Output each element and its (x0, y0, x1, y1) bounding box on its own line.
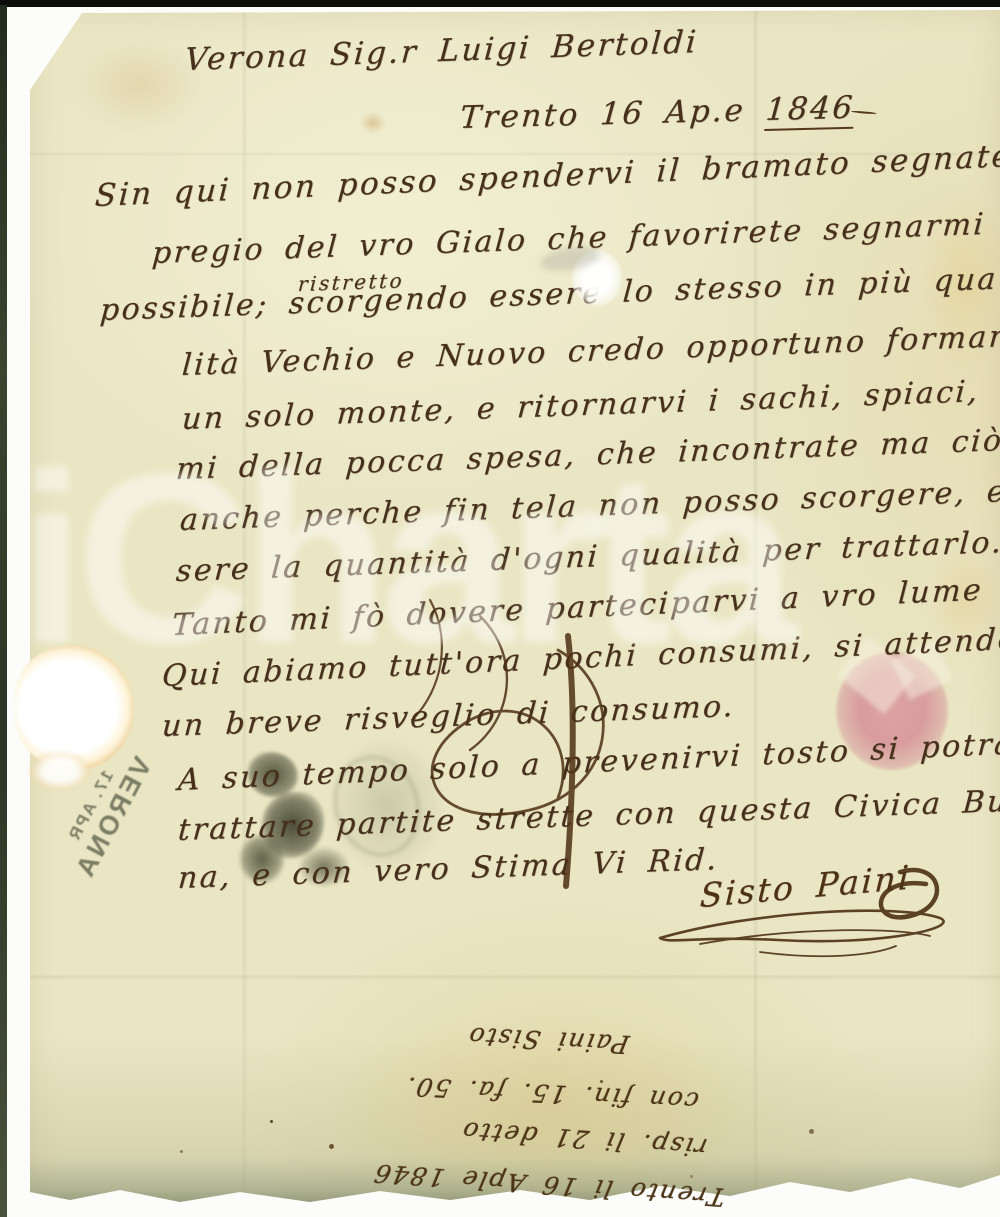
scanner-edge-top (0, 0, 1000, 7)
scanned-letter-page: { "watermark": { "text": "iCharta", "col… (0, 0, 1000, 1217)
scanner-edge-left (0, 5, 7, 1217)
foxing-stain (360, 112, 386, 134)
docket-line: risp. li 21 detto (458, 1116, 710, 1162)
docket-line: Trento li 16 Aple 1846 (370, 1159, 728, 1212)
ink-specks (270, 1120, 273, 1123)
docket-line: con fin. 15. fa. 50. (402, 1072, 701, 1116)
pen-flourish (330, 598, 650, 898)
docket-line: Paini Sisto (465, 1022, 632, 1059)
signature-flourish (638, 858, 968, 963)
dateline-year: 1846 (764, 90, 856, 131)
paper-hole-tail (30, 752, 90, 790)
paper-hole (14, 645, 134, 770)
docket-block: Trento li 16 Aple 1846 risp. li 21 detto… (381, 974, 753, 1217)
year-underline (851, 110, 877, 114)
